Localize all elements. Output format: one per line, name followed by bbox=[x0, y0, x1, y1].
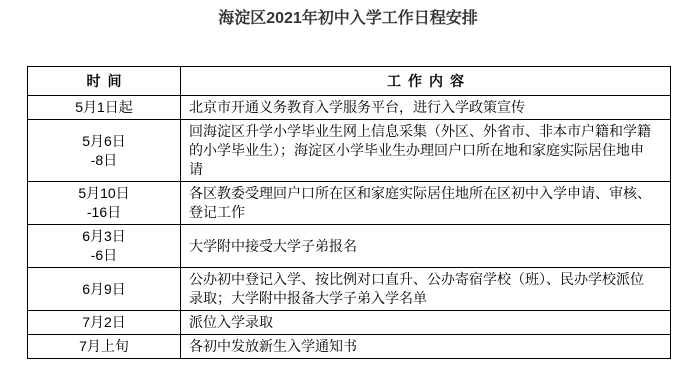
table-row: 5月10日-16日各区教委受理回户口所在区和家庭实际居住地所在区初中入学申请、审… bbox=[28, 182, 671, 225]
schedule-table: 时间 工作内容 5月1日起北京市开通义务教育入学服务平台，进行入学政策宣传5月6… bbox=[27, 66, 671, 359]
time-cell: 6月3日-6日 bbox=[28, 225, 181, 268]
content-cell: 各初中发放新生入学通知书 bbox=[181, 335, 671, 359]
time-cell: 6月9日 bbox=[28, 268, 181, 311]
column-header-time: 时间 bbox=[28, 67, 181, 96]
table-row: 7月2日派位入学录取 bbox=[28, 311, 671, 335]
time-cell: 7月2日 bbox=[28, 311, 181, 335]
content-cell: 回海淀区升学小学毕业生网上信息采集（外区、外省市、非本市户籍和学籍的小学毕业生）… bbox=[181, 120, 671, 182]
header-row: 时间 工作内容 bbox=[28, 67, 671, 96]
time-cell: 5月10日-16日 bbox=[28, 182, 181, 225]
content-cell: 各区教委受理回户口所在区和家庭实际居住地所在区初中入学申请、审核、登记工作 bbox=[181, 182, 671, 225]
content-cell: 北京市开通义务教育入学服务平台，进行入学政策宣传 bbox=[181, 96, 671, 120]
time-cell: 5月1日起 bbox=[28, 96, 181, 120]
content-cell: 大学附中接受大学子弟报名 bbox=[181, 225, 671, 268]
table-body: 5月1日起北京市开通义务教育入学服务平台，进行入学政策宣传5月6日-8日回海淀区… bbox=[28, 96, 671, 359]
table-row: 6月3日-6日大学附中接受大学子弟报名 bbox=[28, 225, 671, 268]
time-cell: 5月6日-8日 bbox=[28, 120, 181, 182]
table-row: 5月1日起北京市开通义务教育入学服务平台，进行入学政策宣传 bbox=[28, 96, 671, 120]
content-cell: 公办初中登记入学、按比例对口直升、公办寄宿学校（班）、民办学校派位录取；大学附中… bbox=[181, 268, 671, 311]
time-cell: 7月上旬 bbox=[28, 335, 181, 359]
table-row: 7月上旬各初中发放新生入学通知书 bbox=[28, 335, 671, 359]
table-header: 时间 工作内容 bbox=[28, 67, 671, 96]
page-title: 海淀区2021年初中入学工作日程安排 bbox=[0, 9, 696, 29]
content-cell: 派位入学录取 bbox=[181, 311, 671, 335]
table-row: 5月6日-8日回海淀区升学小学毕业生网上信息采集（外区、外省市、非本市户籍和学籍… bbox=[28, 120, 671, 182]
column-header-content: 工作内容 bbox=[181, 67, 671, 96]
page: 海淀区2021年初中入学工作日程安排 时间 工作内容 5月1日起北京市开通义务教… bbox=[0, 0, 696, 379]
table-row: 6月9日公办初中登记入学、按比例对口直升、公办寄宿学校（班）、民办学校派位录取；… bbox=[28, 268, 671, 311]
